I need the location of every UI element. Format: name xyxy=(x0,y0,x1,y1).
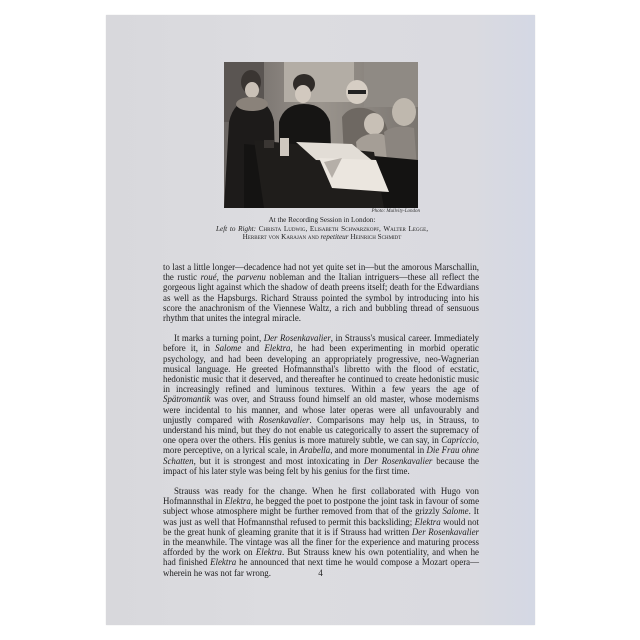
italic-title: Salome xyxy=(215,343,241,353)
italic-title: Salome xyxy=(442,506,468,516)
italic-title: Elektra xyxy=(225,496,251,506)
photo-credit: Photo: Mullvity-London xyxy=(224,209,420,214)
caption-role: repetiteur xyxy=(320,233,348,241)
italic-title: Elektra xyxy=(415,517,441,527)
photo-illustration xyxy=(224,62,418,208)
italic-title: Elektra xyxy=(264,343,290,353)
caption-title: At the Recording Session in London: xyxy=(216,216,428,225)
page-number: 4 xyxy=(106,568,535,578)
italic-title: parvenu xyxy=(237,272,266,282)
italic-title: roué xyxy=(201,272,217,282)
body-text: to last a little longer—decadence had no… xyxy=(163,262,479,588)
paragraph: Strauss was ready for the change. When h… xyxy=(163,486,479,578)
italic-title: Der Rosenkavalier xyxy=(264,333,331,343)
recording-session-photo xyxy=(224,62,418,208)
paragraph: to last a little longer—decadence had no… xyxy=(163,262,479,323)
italic-title: Der Rosenkavalier xyxy=(364,456,432,466)
caption-lead: Left to Right: xyxy=(216,225,256,233)
caption-last-name: Heinrich Schmidt xyxy=(350,233,401,241)
paragraph: It marks a turning point, Der Rosenkaval… xyxy=(163,333,479,476)
italic-title: Elektra xyxy=(210,557,236,567)
italic-title: Arabella xyxy=(299,445,330,455)
caption-names: Left to Right: Christa Ludwig, Elisabeth… xyxy=(216,225,428,242)
italic-title: Capriccio xyxy=(441,435,477,445)
italic-title: Elektra xyxy=(256,547,282,557)
italic-title: Spätromantik xyxy=(163,394,211,404)
photo-caption: At the Recording Session in London: Left… xyxy=(216,216,428,242)
italic-title: Rosenkavalier xyxy=(259,415,310,425)
book-page: Photo: Mullvity-London At the Recording … xyxy=(106,15,535,625)
italic-title: Der Rosenkavalier xyxy=(412,527,479,537)
